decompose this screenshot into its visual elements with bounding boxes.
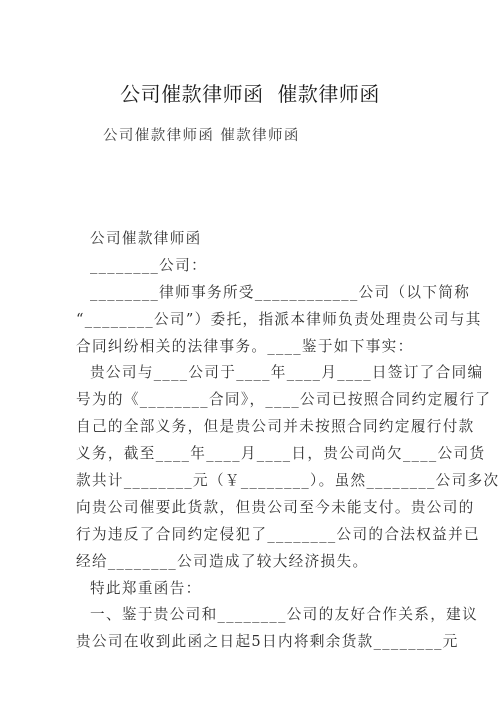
paragraph-line: “________公司”）委托，指派本律师负责处理贵公司与其 [76, 307, 421, 334]
paragraph-line: 合同纠纷相关的法律事务。____鉴于如下事实： [76, 334, 421, 361]
paragraph-line: 一、鉴于贵公司和________公司的友好合作关系，建议 [76, 602, 421, 629]
paragraph-line: 行为违反了合同约定侵犯了________公司的合法权益并已 [76, 522, 421, 549]
paragraph-line: 义务，截至____年____月____日，贵公司尚欠____公司货 [76, 441, 421, 468]
paragraph-line: 贵公司与____公司于____年____月____日签订了合同编 [76, 360, 421, 387]
paragraph-line: 向贵公司催要此货款，但贵公司至今未能支付。贵公司的 [76, 495, 421, 522]
paragraph-line: ________律师事务所受____________公司（以下简称 [76, 280, 421, 307]
addressee-line: ________公司： [76, 253, 421, 280]
paragraph-line: 款共计________元（￥________）。虽然________公司多次 [76, 468, 421, 495]
letter-heading: 公司催款律师函 [76, 226, 421, 253]
paragraph-line: 贵公司在收到此函之日起5日内将剩余货款________元 [76, 629, 421, 656]
document-page: 公司催款律师函 催款律师函 公司催款律师函 催款律师函 公司催款律师函 ____… [0, 0, 500, 708]
letter-body: 公司催款律师函 ________公司： ________律师事务所受______… [76, 226, 421, 656]
paragraph-line: 自己的全部义务，但是贵公司并未按照合同约定履行付款 [76, 414, 421, 441]
paragraph-line: 经给________公司造成了较大经济损失。 [76, 549, 421, 576]
paragraph-line: 号为的《________合同》，____公司已按照合同约定履行了 [76, 387, 421, 414]
notice-heading: 特此郑重函告： [76, 576, 421, 603]
document-subtitle: 公司催款律师函 催款律师函 [103, 124, 300, 145]
document-title: 公司催款律师函 催款律师函 [0, 78, 500, 107]
